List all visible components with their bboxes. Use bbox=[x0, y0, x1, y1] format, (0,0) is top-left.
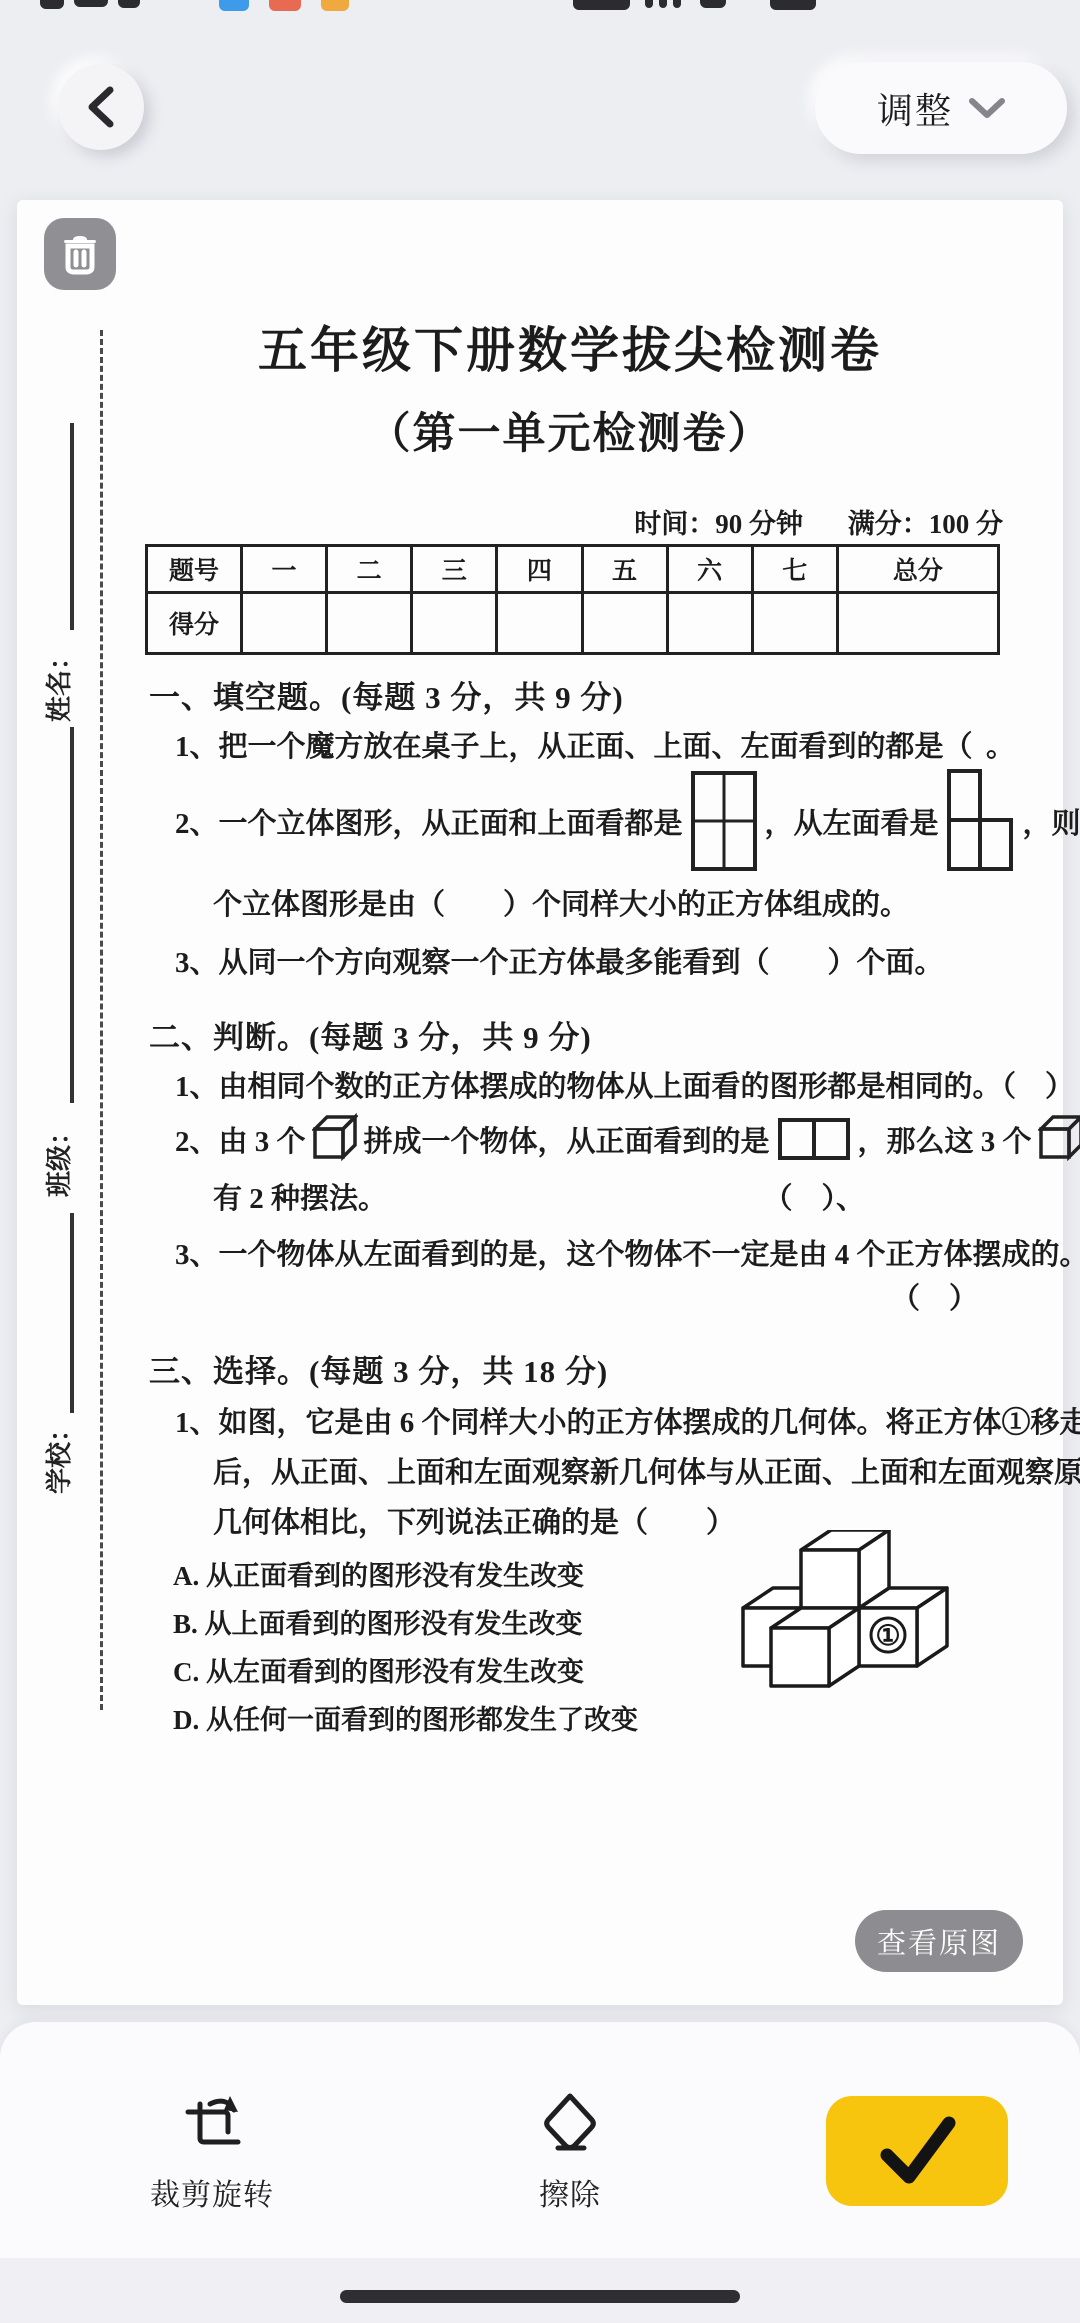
table-row: 得分 bbox=[147, 593, 999, 654]
margin-label-class: 班级： bbox=[39, 1108, 73, 1208]
confirm-button[interactable] bbox=[826, 2096, 1008, 2206]
paper-title: 五年级下册数学拔尖检测卷 bbox=[107, 312, 1033, 382]
screen: 调整 姓名： 班级： 学校： 五年级下册数学拔尖检测卷 （第一单元检测卷） 时间… bbox=[0, 0, 1080, 2323]
class-blank-line bbox=[70, 727, 74, 1103]
camera-cutout bbox=[573, 0, 630, 10]
delete-page-button[interactable] bbox=[44, 218, 116, 290]
q3-option-b: B. 从上面看到的图形没有发生改变 bbox=[173, 1602, 583, 1641]
q2-item3-answer-paren: （ ） bbox=[891, 1276, 978, 1317]
q3-option-a: A. 从正面看到的图形没有发生改变 bbox=[173, 1554, 584, 1593]
score-cell bbox=[667, 593, 752, 654]
grid-1x2-shape bbox=[778, 1118, 850, 1160]
q1-item2-line1: 2、一个立体图形，从正面和上面看都是 ，从左面看是 ，则这 bbox=[175, 765, 1080, 877]
q2-item2-line2: 有 2 种摆法。 （ ）、 bbox=[213, 1176, 1015, 1217]
q2-item2-line2-text: 有 2 种摆法。 bbox=[213, 1176, 387, 1217]
q2-item2-answer-paren: （ ）、 bbox=[763, 1176, 865, 1217]
chevron-left-icon bbox=[84, 85, 118, 129]
paper-meta: 时间：90 分钟 满分：100 分 bbox=[634, 502, 1003, 541]
q1-item1-text: 1、把一个魔方放在桌子上，从正面、上面、左面看到的都是（ bbox=[175, 724, 973, 765]
paper-subtitle: （第一单元检测卷） bbox=[107, 400, 1033, 461]
notification-app-icon-blue bbox=[219, 0, 249, 11]
q2-item3: 3、一个物体从左面看到的是，这个物体不一定是由 4 个正方体摆成的。 bbox=[175, 1232, 1080, 1273]
small-cube-shape bbox=[1038, 1112, 1080, 1166]
col-header: 题号 bbox=[147, 546, 242, 593]
col-header: 总分 bbox=[837, 546, 998, 593]
score-table: 题号 一 二 三 四 五 六 七 总分 得分 bbox=[145, 544, 1000, 655]
chevron-down-icon bbox=[969, 97, 1005, 119]
score-cell bbox=[242, 593, 327, 654]
q1-item3: 3、从同一个方向观察一个正方体最多能看到（ ）个面。 bbox=[175, 940, 944, 981]
cube-cluster-figure: ① bbox=[729, 1530, 969, 1700]
col-header: 一 bbox=[242, 546, 327, 593]
margin-label-name: 姓名： bbox=[39, 633, 73, 733]
binding-dashed-line bbox=[100, 330, 103, 1710]
q2-item2-mid2: ，那么这 3 个 bbox=[858, 1119, 1032, 1160]
erase-button[interactable]: 擦除 bbox=[460, 2092, 680, 2214]
q3-option-c: C. 从左面看到的图形没有发生改变 bbox=[173, 1650, 584, 1689]
q3-option-d: D. 从任何一面看到的图形都发生了改变 bbox=[173, 1698, 638, 1737]
adjust-label: 调整 bbox=[877, 83, 953, 134]
score-cell bbox=[582, 593, 667, 654]
trash-icon bbox=[60, 233, 100, 275]
crop-rotate-icon bbox=[180, 2092, 244, 2156]
erase-label: 擦除 bbox=[539, 2170, 601, 2214]
school-blank-line bbox=[70, 1213, 74, 1413]
q2-item2-pre: 2、由 3 个 bbox=[175, 1119, 306, 1160]
notification-app-icon-red bbox=[269, 0, 301, 11]
wifi-icon bbox=[700, 0, 726, 8]
score-cell bbox=[412, 593, 497, 654]
q1-item1: 1、把一个魔方放在桌子上，从正面、上面、左面看到的都是（ 。 bbox=[175, 724, 1015, 765]
notification-app-icon-orange bbox=[321, 0, 349, 11]
section2-heading: 二、判断。(每题 3 分，共 9 分) bbox=[149, 1012, 592, 1057]
battery-icon bbox=[770, 0, 816, 10]
home-indicator[interactable] bbox=[340, 2290, 740, 2303]
view-original-button[interactable]: 查看原图 bbox=[855, 1910, 1023, 1972]
margin-label-school: 学校： bbox=[39, 1405, 73, 1505]
col-header: 五 bbox=[582, 546, 667, 593]
status-bar bbox=[0, 0, 1080, 14]
view-original-label: 查看原图 bbox=[877, 1921, 1001, 1962]
q3-line3: 几何体相比，下列说法正确的是（ ） bbox=[213, 1500, 735, 1541]
q3-line2: 后，从正面、上面和左面观察新几何体与从正面、上面和左面观察原 bbox=[213, 1450, 1080, 1491]
crop-rotate-button[interactable]: 裁剪旋转 bbox=[102, 2092, 322, 2214]
full-score: 满分：100 分 bbox=[848, 509, 1003, 539]
cube-number-label: ① bbox=[875, 1621, 900, 1652]
q2-item2-line1: 2、由 3 个 拼成一个物体，从正面看到的是 ，那么这 3 个 只 bbox=[175, 1106, 1080, 1172]
col-header: 四 bbox=[497, 546, 582, 593]
q3-line1: 1、如图，它是由 6 个同样大小的正方体摆成的几何体。将正方体①移走 bbox=[175, 1400, 1080, 1441]
q1-item2-post: ，则这 bbox=[1023, 801, 1080, 842]
q2-item2-mid1: 拼成一个物体，从正面看到的是 bbox=[364, 1119, 770, 1160]
small-cube-shape bbox=[312, 1112, 358, 1166]
q2-item1: 1、由相同个数的正方体摆成的物体从上面看的图形都是相同的。（ ） bbox=[175, 1064, 1074, 1105]
section1-heading: 一、填空题。(每题 3 分，共 9 分) bbox=[149, 672, 624, 717]
score-cell bbox=[837, 593, 998, 654]
eraser-icon bbox=[538, 2092, 602, 2156]
document-preview-card[interactable]: 姓名： 班级： 学校： 五年级下册数学拔尖检测卷 （第一单元检测卷） 时间：90… bbox=[17, 200, 1063, 2005]
score-cell bbox=[327, 593, 412, 654]
checkmark-icon bbox=[869, 2113, 965, 2189]
score-cell bbox=[752, 593, 837, 654]
back-button[interactable] bbox=[58, 64, 144, 150]
signal-icon bbox=[659, 0, 667, 8]
adjust-dropdown-button[interactable]: 调整 bbox=[815, 62, 1067, 154]
table-row: 题号 一 二 三 四 五 六 七 总分 bbox=[147, 546, 999, 593]
q1-item1-tail: 。 bbox=[986, 724, 1015, 765]
clock-icon bbox=[40, 0, 64, 9]
col-header: 七 bbox=[752, 546, 837, 593]
grid-2x2-shape bbox=[691, 771, 757, 871]
crop-rotate-label: 裁剪旋转 bbox=[150, 2170, 274, 2214]
score-cell bbox=[497, 593, 582, 654]
status-text-icon bbox=[74, 0, 108, 7]
signal-icon bbox=[673, 0, 681, 8]
col-header: 三 bbox=[412, 546, 497, 593]
col-header: 六 bbox=[667, 546, 752, 593]
q1-item2-pre: 2、一个立体图形，从正面和上面看都是 bbox=[175, 801, 683, 842]
score-row-label: 得分 bbox=[147, 593, 242, 654]
time-limit: 时间：90 分钟 bbox=[634, 509, 803, 539]
bottom-toolbar: 裁剪旋转 擦除 bbox=[0, 2022, 1080, 2258]
l-tromino-shape bbox=[947, 769, 1015, 873]
q1-item2-line2: 个立体图形是由（ ）个同样大小的正方体组成的。 bbox=[213, 882, 909, 923]
col-header: 二 bbox=[327, 546, 412, 593]
q1-item2-mid: ，从左面看是 bbox=[765, 801, 939, 842]
pen-icon bbox=[118, 0, 140, 8]
section3-heading: 三、选择。(每题 3 分，共 18 分) bbox=[149, 1346, 608, 1391]
signal-icon bbox=[645, 0, 653, 8]
name-blank-line bbox=[70, 423, 74, 630]
